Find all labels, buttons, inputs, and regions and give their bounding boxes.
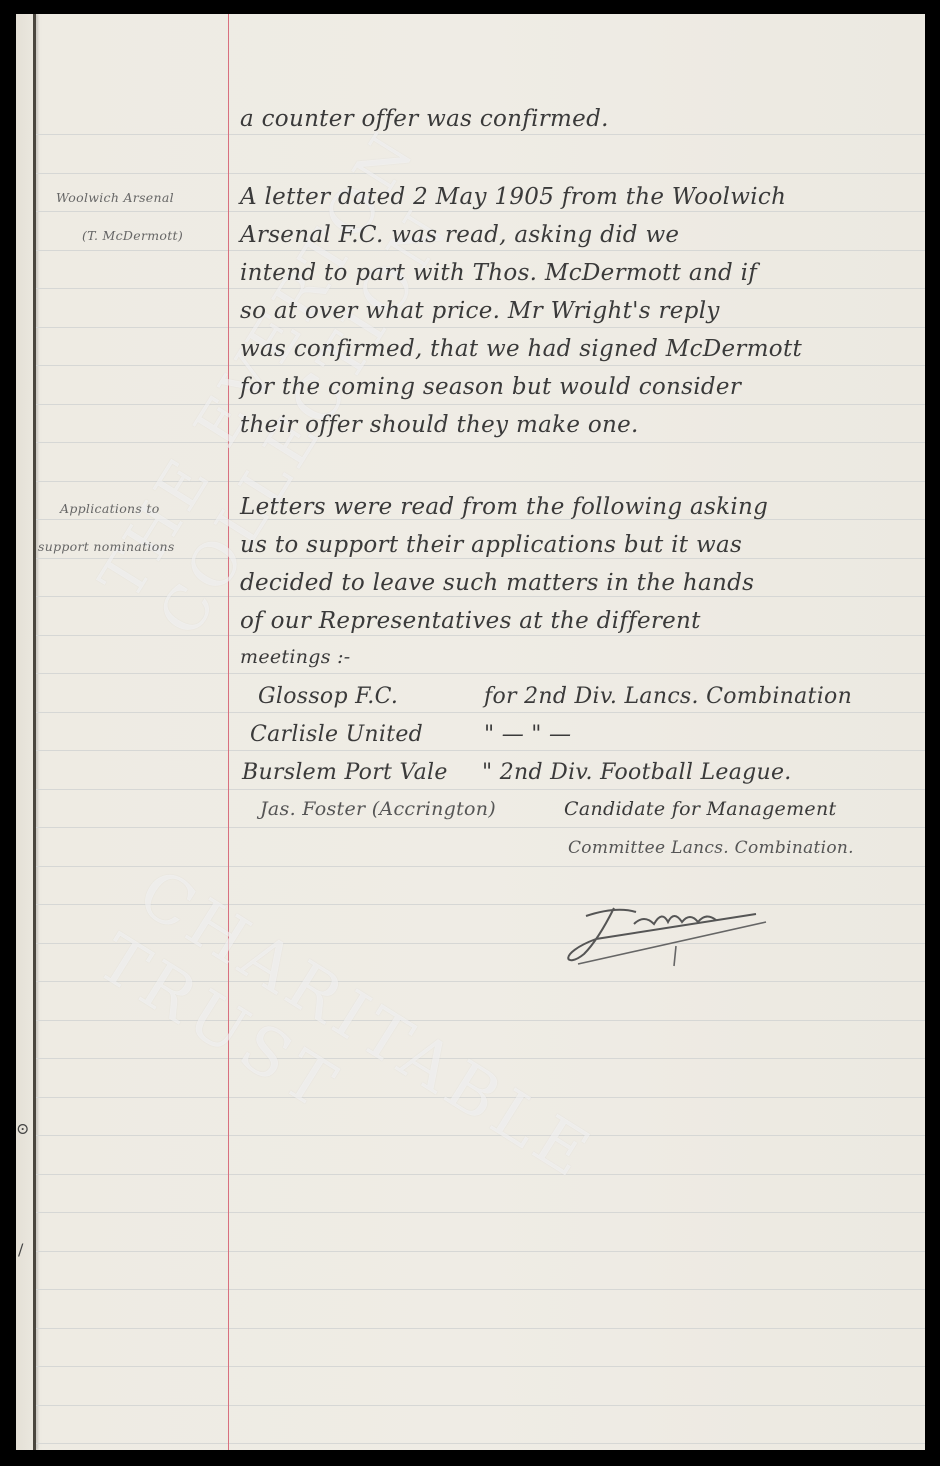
- edge-tick-mark: /: [18, 1240, 23, 1259]
- entry-2-line-5: meetings :-: [240, 646, 351, 668]
- ruled-line: [36, 1289, 925, 1290]
- entry-1-line-5: was confirmed, that we had signed McDerm…: [240, 336, 802, 362]
- ruled-line: [36, 1135, 925, 1136]
- ruled-line: [36, 211, 925, 212]
- red-margin-rule: [228, 14, 229, 1450]
- entry-1-line-4: so at over what price. Mr Wright's reply: [240, 298, 720, 324]
- list-item-detail: " — " —: [484, 722, 571, 747]
- margin-note-mcdermott: (T. McDermott): [82, 228, 183, 243]
- ruled-line: [36, 1405, 925, 1406]
- ruled-line: [36, 558, 925, 559]
- ruled-line: [36, 327, 925, 328]
- ruled-line: [36, 365, 925, 366]
- ruled-line: [36, 1366, 925, 1367]
- entry-1-line-6: for the coming season but would consider: [240, 374, 741, 400]
- ruled-line: [36, 1328, 925, 1329]
- list-item-name: Burslem Port Vale: [242, 760, 448, 785]
- edge-circle-mark: ⊙: [16, 1119, 29, 1138]
- ruled-line: [36, 1443, 925, 1444]
- list-item-detail: " 2nd Div. Football League.: [482, 760, 792, 785]
- margin-note-nominations: support nominations: [38, 539, 175, 554]
- ruled-line: [36, 442, 925, 443]
- ruled-line: [36, 866, 925, 867]
- list-continuation: Committee Lancs. Combination.: [568, 838, 854, 858]
- signature: J. McMahon: [556, 894, 796, 974]
- entry-1-line-7: their offer should they make one.: [240, 412, 639, 438]
- ruled-line: [36, 596, 925, 597]
- list-item-detail: for 2nd Div. Lancs. Combination: [484, 684, 852, 709]
- ruled-line: [36, 404, 925, 405]
- minute-book-page: THE EVERTON COLLECTION CHARITABLE TRUST …: [16, 14, 925, 1450]
- entry-2-line-4: of our Representatives at the different: [240, 608, 701, 634]
- ruled-line: [36, 712, 925, 713]
- ruled-line: [36, 250, 925, 251]
- entry-1-line-2: Arsenal F.C. was read, asking did we: [240, 222, 679, 248]
- ruled-line: [36, 1212, 925, 1213]
- entry-1-line-1: A letter dated 2 May 1905 from the Woolw…: [240, 184, 786, 210]
- page-binding-edge: [33, 14, 36, 1450]
- ruled-line: [36, 1097, 925, 1098]
- ruled-line: [36, 635, 925, 636]
- ruled-line: [36, 1174, 925, 1175]
- list-item-name: Glossop F.C.: [258, 684, 398, 709]
- margin-note-applications: Applications to: [60, 501, 160, 516]
- entry-2-line-3: decided to leave such matters in the han…: [240, 570, 754, 596]
- ruled-line: [36, 827, 925, 828]
- list-item-name: Jas. Foster (Accrington): [260, 798, 496, 820]
- margin-note-woolwich: Woolwich Arsenal: [56, 190, 174, 205]
- ruled-line: [36, 789, 925, 790]
- ruled-line: [36, 981, 925, 982]
- ruled-line: [36, 750, 925, 751]
- ruled-line: [36, 134, 925, 135]
- continuation-line: a counter offer was confirmed.: [240, 106, 609, 132]
- ruled-line: [36, 481, 925, 482]
- list-item-name: Carlisle United: [250, 722, 423, 747]
- ruled-line: [36, 1020, 925, 1021]
- signature-scrawl-icon: [556, 894, 796, 974]
- list-item-detail: Candidate for Management: [564, 798, 836, 820]
- ruled-line: [36, 288, 925, 289]
- entry-1-line-3: intend to part with Thos. McDermott and …: [240, 260, 757, 286]
- ruled-line: [36, 173, 925, 174]
- ruled-line: [36, 673, 925, 674]
- ruled-line: [36, 1058, 925, 1059]
- entry-2-line-1: Letters were read from the following ask…: [240, 494, 768, 520]
- ruled-line: [36, 1251, 925, 1252]
- entry-2-line-2: us to support their applications but it …: [240, 532, 742, 558]
